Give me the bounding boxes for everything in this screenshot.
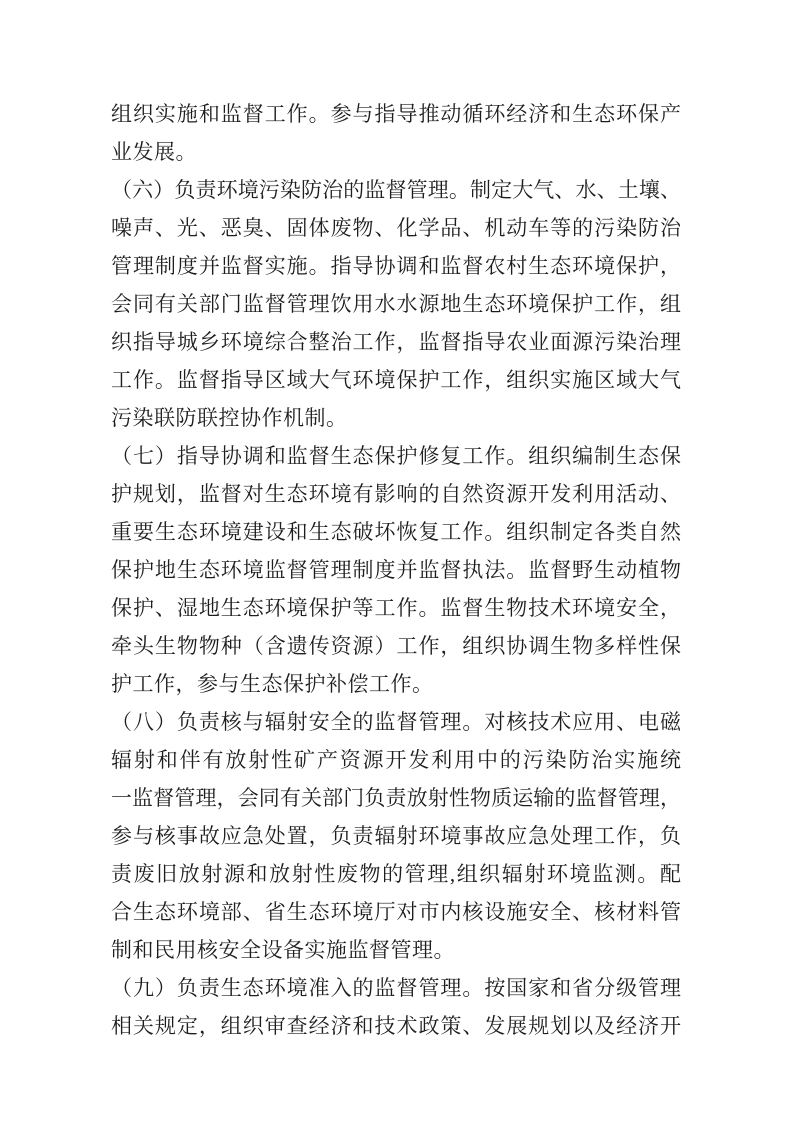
text-line: 保护地生态环境监督管理制度并监督执法。监督野生动植物 [111, 551, 681, 589]
text-line: 护规划，监督对生态环境有影响的自然资源开发利用活动、 [111, 475, 681, 513]
text-line: （九）负责生态环境准入的监督管理。按国家和省分级管理 [111, 969, 681, 1007]
text-line: （六）负责环境污染防治的监督管理。制定大气、水、土壤、 [111, 171, 681, 209]
text-line: 管理制度并监督实施。指导协调和监督农村生态环境保护， [111, 247, 681, 285]
text-line: 织指导城乡环境综合整治工作，监督指导农业面源污染治理 [111, 323, 681, 361]
text-line: 工作。监督指导区域大气环境保护工作，组织实施区域大气 [111, 361, 681, 399]
text-line: 重要生态环境建设和生态破坏恢复工作。组织制定各类自然 [111, 513, 681, 551]
text-block: 组织实施和监督工作。参与指导推动循环经济和生态环保产业发展。（六）负责环境污染防… [111, 95, 681, 1045]
text-line: 责废旧放射源和放射性废物的管理,组织辐射环境监测。配 [111, 855, 681, 893]
text-line: （八）负责核与辐射安全的监督管理。对核技术应用、电磁 [111, 703, 681, 741]
text-line: 业发展。 [111, 133, 681, 171]
text-line: 制和民用核安全设备实施监督管理。 [111, 931, 681, 969]
text-line: 合生态环境部、省生态环境厅对市内核设施安全、核材料管 [111, 893, 681, 931]
text-line: 参与核事故应急处置，负责辐射环境事故应急处理工作，负 [111, 817, 681, 855]
text-line: 一监督管理，会同有关部门负责放射性物质运输的监督管理， [111, 779, 681, 817]
text-line: 相关规定，组织审查经济和技术政策、发展规划以及经济开 [111, 1007, 681, 1045]
text-line: 牵头生物物种（含遗传资源）工作，组织协调生物多样性保 [111, 627, 681, 665]
text-line: 护工作，参与生态保护补偿工作。 [111, 665, 681, 703]
text-line: 组织实施和监督工作。参与指导推动循环经济和生态环保产 [111, 95, 681, 133]
text-line: （七）指导协调和监督生态保护修复工作。组织编制生态保 [111, 437, 681, 475]
text-line: 会同有关部门监督管理饮用水水源地生态环境保护工作，组 [111, 285, 681, 323]
text-line: 保护、湿地生态环境保护等工作。监督生物技术环境安全， [111, 589, 681, 627]
document-page: 组织实施和监督工作。参与指导推动循环经济和生态环保产业发展。（六）负责环境污染防… [0, 0, 793, 1122]
text-line: 辐射和伴有放射性矿产资源开发利用中的污染防治实施统 [111, 741, 681, 779]
text-line: 污染联防联控协作机制。 [111, 399, 681, 437]
text-line: 噪声、光、恶臭、固体废物、化学品、机动车等的污染防治 [111, 209, 681, 247]
